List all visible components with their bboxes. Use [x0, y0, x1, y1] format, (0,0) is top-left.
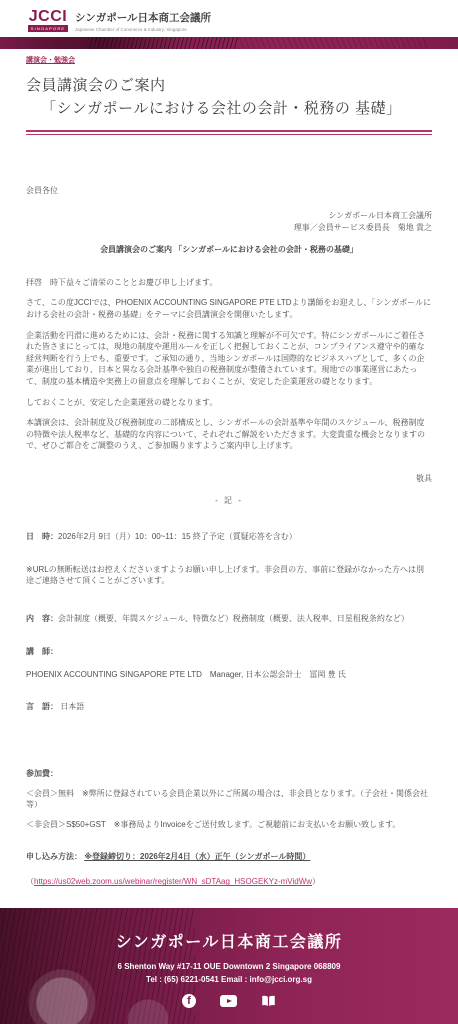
detail-datetime-value: 2026年2月 9日（月）10：00~11：15 終了予定（質疑応答を含む） — [58, 532, 297, 541]
url-close-paren: ） — [312, 877, 320, 886]
record-divider: - 記 - — [26, 495, 432, 507]
sender-person: 理事／会員サービス委員長 菊地 貴之 — [26, 222, 432, 235]
banner-branch-texture-2 — [238, 37, 428, 49]
detail-apply-label: 申し込み方法： — [26, 852, 82, 861]
site-footer: シンガポール日本商工会議所 6 Shenton Way #17-11 OUE D… — [0, 908, 458, 1024]
breadcrumb: 講演会・勉強会 — [26, 55, 432, 65]
letter-paragraph-2: さて、この度JCCIでは、PHOENIX ACCOUNTING SINGAPOR… — [26, 297, 432, 320]
detail-apply-deadline: ※登録締切り：2026年2月4日（水）正午（シンガポール時間） — [84, 852, 310, 861]
letter-paragraph-5: 本講演会は、会計制度及び税務制度の二部構成とし、シンガポールの会計基準や年間のス… — [26, 417, 432, 452]
facebook-icon[interactable]: f — [182, 994, 196, 1008]
page-title: 会員講演会のご案内 「シンガポールにおける会社の会計・税務の 基礎」 — [26, 74, 432, 120]
detail-language-label: 言 語： — [26, 702, 58, 711]
org-name-english: Japanese Chamber of Commerce & Industry,… — [75, 27, 211, 32]
detail-content: 内 容：会計制度（概要、年間スケジュール、特徴など）税務制度（概要、法人税率、日… — [26, 613, 432, 625]
banner-branch-texture — [88, 37, 238, 49]
jcci-logo[interactable]: JCCI SINGAPORE — [28, 9, 68, 32]
book-icon[interactable] — [261, 995, 276, 1007]
zoom-registration-link[interactable]: https://us02web.zoom.us/webinar/register… — [34, 877, 312, 886]
detail-language: 言 語： 日本語 — [26, 701, 432, 713]
title-divider — [26, 130, 432, 135]
detail-apply-method: 申し込み方法： ※登録締切り：2026年2月4日（水）正午（シンガポール時間） — [26, 851, 432, 863]
detail-apply-url-line: （https://us02web.zoom.us/webinar/registe… — [26, 876, 432, 888]
detail-fee-member: ＜会員＞無料 ※弊所に登録されている会員企業以外にご所属の場合は、非会員となりま… — [26, 788, 432, 811]
sender-org: シンガポール日本商工会議所 — [26, 210, 432, 223]
detail-lecturer-label: 講 師： — [26, 646, 432, 658]
jcci-logo-singapore-bar: SINGAPORE — [28, 25, 68, 32]
detail-language-value: 日本語 — [60, 702, 84, 711]
org-name-block: シンガポール日本商工会議所 Japanese Chamber of Commer… — [75, 9, 211, 32]
decorative-banner — [0, 37, 458, 49]
detail-fee-label: 参加費： — [26, 768, 432, 780]
letter-paragraph-4: しておくことが、安定した企業運営の礎となります。 — [26, 397, 432, 409]
letter-subject: 会員講演会のご案内 「シンガポールにおける会社の会計・税務の基礎」 — [26, 244, 432, 256]
main-content: 講演会・勉強会 会員講演会のご案内 「シンガポールにおける会社の会計・税務の 基… — [0, 55, 458, 1024]
book-icon-svg — [261, 995, 276, 1007]
footer-social-icons: f — [0, 994, 458, 1008]
detail-datetime: 日 時：2026年2月 9日（月）10：00~11：15 終了予定（質疑応答を含… — [26, 531, 432, 543]
org-name-japanese: シンガポール日本商工会議所 — [75, 10, 211, 25]
letter-sender-block: シンガポール日本商工会議所 理事／会員サービス委員長 菊地 貴之 — [26, 210, 432, 236]
page-title-line2: 「シンガポールにおける会社の会計・税務の 基礎」 — [26, 97, 432, 120]
detail-content-label: 内 容： — [26, 614, 58, 623]
footer-contact: Tel : (65) 6221-0541 Email : info@jcci.o… — [0, 975, 458, 984]
footer-address: 6 Shenton Way #17-11 OUE Downtown 2 Sing… — [0, 962, 458, 971]
site-header: JCCI SINGAPORE シンガポール日本商工会議所 Japanese Ch… — [0, 0, 458, 37]
letter-paragraph-3: 企業活動を円滑に進めるためには、会計・税務に関する知識と理解が不可欠です。特にシ… — [26, 330, 432, 388]
letter-salutation: 会員各位 — [26, 185, 432, 197]
detail-datetime-label: 日 時： — [26, 532, 58, 541]
detail-fee-nonmember: ＜非会員＞S$50+GST ※事務局よりInvoiceをご送付致します。ご視聴前… — [26, 819, 432, 831]
page-title-line1: 会員講演会のご案内 — [26, 74, 432, 97]
jcci-logo-text: JCCI — [29, 9, 67, 24]
footer-org-title: シンガポール日本商工会議所 — [0, 929, 458, 952]
page: JCCI SINGAPORE シンガポール日本商工会議所 Japanese Ch… — [0, 0, 458, 1024]
letter-closing: 敬具 — [26, 473, 432, 485]
url-open-paren: （ — [26, 877, 34, 886]
detail-url-note: ※URLの無断転送はお控えくださいますようお願い申し上げます。非会員の方、事前に… — [26, 564, 432, 587]
letter-paragraph-1: 拝啓 時下益々ご清栄のこととお慶び申し上げます。 — [26, 277, 432, 289]
breadcrumb-link-lectures[interactable]: 講演会・勉強会 — [26, 57, 75, 64]
detail-content-value: 会計制度（概要、年間スケジュール、特徴など）税務制度（概要、法人税率、日星租税条… — [58, 614, 409, 623]
detail-lecturer-value: PHOENIX ACCOUNTING SINGAPORE PTE LTD Man… — [26, 669, 432, 681]
youtube-icon[interactable] — [220, 995, 237, 1007]
